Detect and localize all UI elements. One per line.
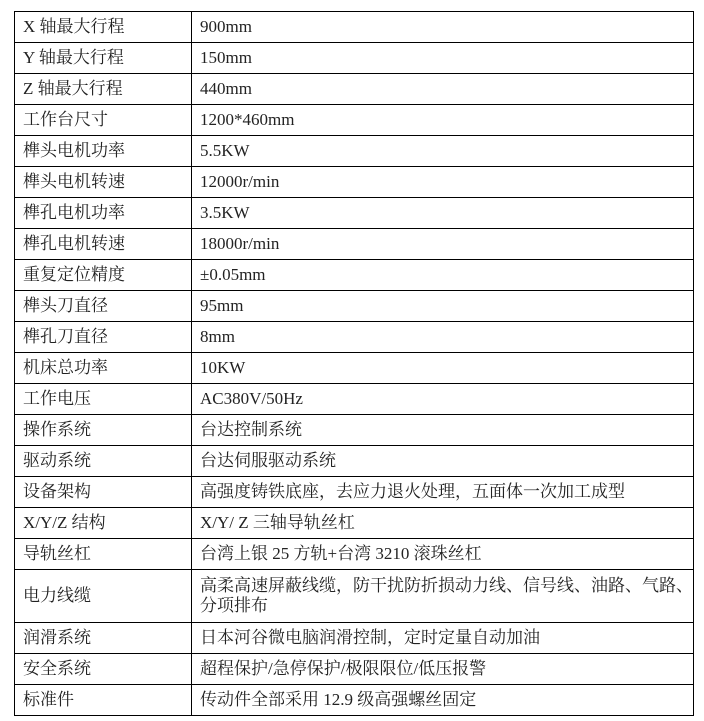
table-row: 驱动系统台达伺服驱动系统 xyxy=(15,446,694,477)
spec-label: 标准件 xyxy=(15,685,192,716)
spec-label: 榫头电机转速 xyxy=(15,167,192,198)
spec-value: 高柔高速屏蔽线缆，防干扰防折损动力线、信号线、油路、气路、分项排布 xyxy=(192,570,694,623)
table-row: X/Y/Z 结构X/Y/ Z 三轴导轨丝杠 xyxy=(15,508,694,539)
spec-label: Z 轴最大行程 xyxy=(15,74,192,105)
table-row: 榫头电机功率5.5KW xyxy=(15,136,694,167)
table-row: 润滑系统日本河谷微电脑润滑控制，定时定量自动加油 xyxy=(15,623,694,654)
table-row: 工作台尺寸1200*460mm xyxy=(15,105,694,136)
spec-label: X 轴最大行程 xyxy=(15,12,192,43)
table-row: 电力线缆高柔高速屏蔽线缆，防干扰防折损动力线、信号线、油路、气路、分项排布 xyxy=(15,570,694,623)
spec-label: 重复定位精度 xyxy=(15,260,192,291)
table-row: 操作系统台达控制系统 xyxy=(15,415,694,446)
spec-label: 榫孔电机功率 xyxy=(15,198,192,229)
spec-value: 18000r/min xyxy=(192,229,694,260)
spec-value: 5.5KW xyxy=(192,136,694,167)
spec-label: X/Y/Z 结构 xyxy=(15,508,192,539)
spec-value: 900mm xyxy=(192,12,694,43)
spec-label: 安全系统 xyxy=(15,654,192,685)
spec-value: 台湾上银 25 方轨+台湾 3210 滚珠丝杠 xyxy=(192,539,694,570)
spec-value: 高强度铸铁底座，去应力退火处理，五面体一次加工成型 xyxy=(192,477,694,508)
spec-label: 设备架构 xyxy=(15,477,192,508)
spec-value: 95mm xyxy=(192,291,694,322)
spec-label: 榫头刀直径 xyxy=(15,291,192,322)
table-row: 榫孔刀直径8mm xyxy=(15,322,694,353)
spec-value: 台达伺服驱动系统 xyxy=(192,446,694,477)
spec-label: 榫孔电机转速 xyxy=(15,229,192,260)
spec-label: 驱动系统 xyxy=(15,446,192,477)
table-row: 榫孔电机功率3.5KW xyxy=(15,198,694,229)
table-row: 标准件传动件全部采用 12.9 级高强螺丝固定 xyxy=(15,685,694,716)
spec-label: 榫头电机功率 xyxy=(15,136,192,167)
spec-value: X/Y/ Z 三轴导轨丝杠 xyxy=(192,508,694,539)
spec-label: 润滑系统 xyxy=(15,623,192,654)
spec-value: 440mm xyxy=(192,74,694,105)
spec-label: 榫孔刀直径 xyxy=(15,322,192,353)
spec-label: 电力线缆 xyxy=(15,570,192,623)
table-row: 榫孔电机转速18000r/min xyxy=(15,229,694,260)
table-row: 工作电压AC380V/50Hz xyxy=(15,384,694,415)
spec-table: X 轴最大行程900mm Y 轴最大行程150mm Z 轴最大行程440mm 工… xyxy=(14,11,694,716)
table-row: 导轨丝杠台湾上银 25 方轨+台湾 3210 滚珠丝杠 xyxy=(15,539,694,570)
spec-label: 导轨丝杠 xyxy=(15,539,192,570)
spec-label: 操作系统 xyxy=(15,415,192,446)
spec-value: 8mm xyxy=(192,322,694,353)
spec-value: 12000r/min xyxy=(192,167,694,198)
spec-value: AC380V/50Hz xyxy=(192,384,694,415)
spec-value: 150mm xyxy=(192,43,694,74)
spec-label: 工作台尺寸 xyxy=(15,105,192,136)
spec-value: 台达控制系统 xyxy=(192,415,694,446)
spec-value: 超程保护/急停保护/极限限位/低压报警 xyxy=(192,654,694,685)
spec-label: 机床总功率 xyxy=(15,353,192,384)
table-row: X 轴最大行程900mm xyxy=(15,12,694,43)
spec-value: 日本河谷微电脑润滑控制，定时定量自动加油 xyxy=(192,623,694,654)
table-row: Y 轴最大行程150mm xyxy=(15,43,694,74)
table-row: 榫头电机转速12000r/min xyxy=(15,167,694,198)
table-row: Z 轴最大行程440mm xyxy=(15,74,694,105)
table-row: 榫头刀直径95mm xyxy=(15,291,694,322)
spec-value: 传动件全部采用 12.9 级高强螺丝固定 xyxy=(192,685,694,716)
table-row: 机床总功率10KW xyxy=(15,353,694,384)
spec-value: 10KW xyxy=(192,353,694,384)
table-row: 重复定位精度±0.05mm xyxy=(15,260,694,291)
table-row: 设备架构高强度铸铁底座，去应力退火处理，五面体一次加工成型 xyxy=(15,477,694,508)
spec-label: 工作电压 xyxy=(15,384,192,415)
spec-value: ±0.05mm xyxy=(192,260,694,291)
spec-label: Y 轴最大行程 xyxy=(15,43,192,74)
spec-value: 1200*460mm xyxy=(192,105,694,136)
spec-value: 3.5KW xyxy=(192,198,694,229)
table-row: 安全系统超程保护/急停保护/极限限位/低压报警 xyxy=(15,654,694,685)
